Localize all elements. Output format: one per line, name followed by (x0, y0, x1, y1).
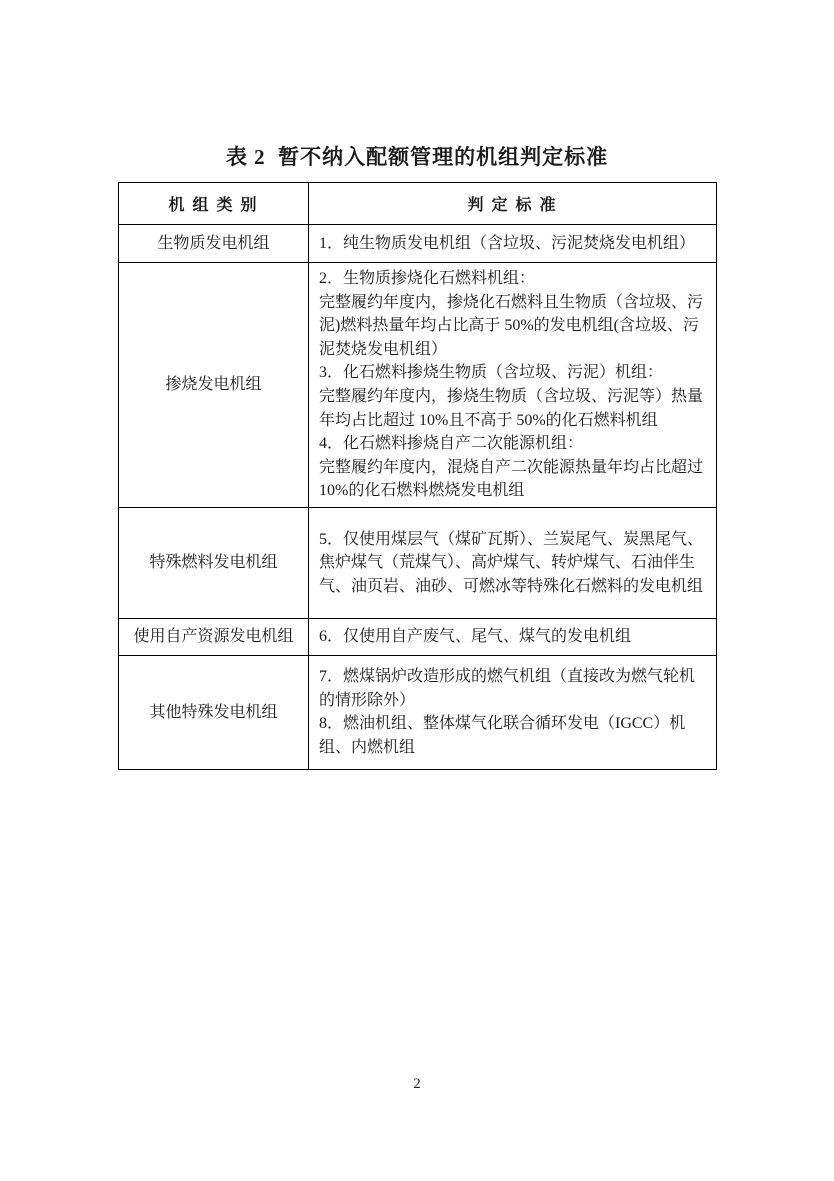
table-title: 表 2 暂不纳入配额管理的机组判定标准 (0, 141, 834, 171)
column-header-category: 机 组 类 别 (119, 183, 309, 225)
category-cell: 生物质发电机组 (119, 225, 309, 263)
criteria-cell: 1．纯生物质发电机组（含垃圾、污泥焚烧发电机组） (309, 225, 717, 263)
criteria-line: 7．燃煤锅炉改造形成的燃气机组（直接改为燃气轮机的情形除外） (319, 665, 710, 712)
table-row-other-special: 其他特殊发电机组 7．燃煤锅炉改造形成的燃气机组（直接改为燃气轮机的情形除外） … (119, 655, 717, 769)
criteria-line: 完整履约年度内，混烧自产二次能源热量年均占比超过 10%的化石燃料燃烧发电机组 (319, 456, 710, 503)
criteria-line: 5．仅使用煤层气（煤矿瓦斯）、兰炭尾气、炭黑尾气、焦炉煤气（荒煤气）、高炉煤气、… (319, 528, 710, 599)
criteria-line: 1．纯生物质发电机组（含垃圾、污泥焚烧发电机组） (319, 232, 710, 256)
table-header-row: 机 组 类 别 判 定 标 准 (119, 183, 717, 225)
criteria-line: 完整履约年度内，掺烧生物质（含垃圾、污泥等）热量年均占比超过 10%且不高于 5… (319, 385, 710, 432)
criteria-line: 完整履约年度内，掺烧化石燃料且生物质（含垃圾、污泥)燃料热量年均占比高于 50%… (319, 291, 710, 362)
criteria-line: 6．仅使用自产废气、尾气、煤气的发电机组 (319, 625, 710, 649)
criteria-line: 4．化石燃料掺烧自产二次能源机组： (319, 432, 710, 456)
document-page: 表 2 暂不纳入配额管理的机组判定标准 机 组 类 别 判 定 标 准 生物质发… (0, 0, 834, 1181)
criteria-line: 3．化石燃料掺烧生物质（含垃圾、污泥）机组： (319, 361, 710, 385)
criteria-line: 2．生物质掺烧化石燃料机组： (319, 267, 710, 291)
table-row-cofiring: 掺烧发电机组 2．生物质掺烧化石燃料机组： 完整履约年度内，掺烧化石燃料且生物质… (119, 263, 717, 508)
criteria-cell: 6．仅使用自产废气、尾气、煤气的发电机组 (309, 618, 717, 655)
column-header-criteria: 判 定 标 准 (309, 183, 717, 225)
table-row-biomass: 生物质发电机组 1．纯生物质发电机组（含垃圾、污泥焚烧发电机组） (119, 225, 717, 263)
criteria-cell: 2．生物质掺烧化石燃料机组： 完整履约年度内，掺烧化石燃料且生物质（含垃圾、污泥… (309, 263, 717, 508)
criteria-cell: 7．燃煤锅炉改造形成的燃气机组（直接改为燃气轮机的情形除外） 8．燃油机组、整体… (309, 655, 717, 769)
category-cell: 使用自产资源发电机组 (119, 618, 309, 655)
category-cell: 掺烧发电机组 (119, 263, 309, 508)
criteria-cell: 5．仅使用煤层气（煤矿瓦斯）、兰炭尾气、炭黑尾气、焦炉煤气（荒煤气）、高炉煤气、… (309, 507, 717, 618)
page-number: 2 (0, 1076, 834, 1093)
category-cell: 其他特殊发电机组 (119, 655, 309, 769)
criteria-table: 机 组 类 别 判 定 标 准 生物质发电机组 1．纯生物质发电机组（含垃圾、污… (118, 182, 717, 770)
category-cell: 特殊燃料发电机组 (119, 507, 309, 618)
criteria-line: 8．燃油机组、整体煤气化联合循环发电（IGCC）机组、内燃机组 (319, 712, 710, 759)
table-row-special-fuel: 特殊燃料发电机组 5．仅使用煤层气（煤矿瓦斯）、兰炭尾气、炭黑尾气、焦炉煤气（荒… (119, 507, 717, 618)
table-row-self-produced: 使用自产资源发电机组 6．仅使用自产废气、尾气、煤气的发电机组 (119, 618, 717, 655)
